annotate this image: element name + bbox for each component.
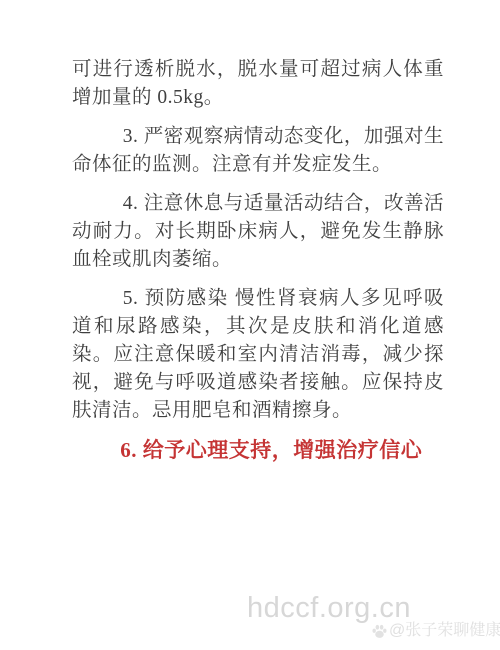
account-watermark-label: @张子荣聊健康 [389,621,500,641]
paragraph-item-6-psychological-support: 6. 给予心理支持，增强治疗信心 [72,436,444,464]
document-page: 可进行透析脱水，脱水量可超过病人体重增加量的 0.5kg。 3. 严密观察病情动… [0,0,500,650]
paragraph-dialysis-continuation: 可进行透析脱水，脱水量可超过病人体重增加量的 0.5kg。 [72,56,444,112]
site-watermark: hdccf.org.cn [247,592,411,624]
paragraph-item-5-infection-prevention: 5. 预防感染 慢性肾衰病人多见呼吸道和尿路感染，其次是皮肤和消化道感染。应注意… [72,285,444,425]
paragraph-item-3-observation: 3. 严密观察病情动态变化，加强对生命体征的监测。注意有并发症发生。 [72,123,444,179]
account-watermark: @张子荣聊健康 [371,621,500,641]
paragraph-item-4-rest-activity: 4. 注意休息与适量活动结合，改善活动耐力。对长期卧床病人，避免发生静脉血栓或肌… [72,190,444,274]
paw-print-icon [371,623,388,640]
document-text-block: 可进行透析脱水，脱水量可超过病人体重增加量的 0.5kg。 3. 严密观察病情动… [72,56,444,475]
